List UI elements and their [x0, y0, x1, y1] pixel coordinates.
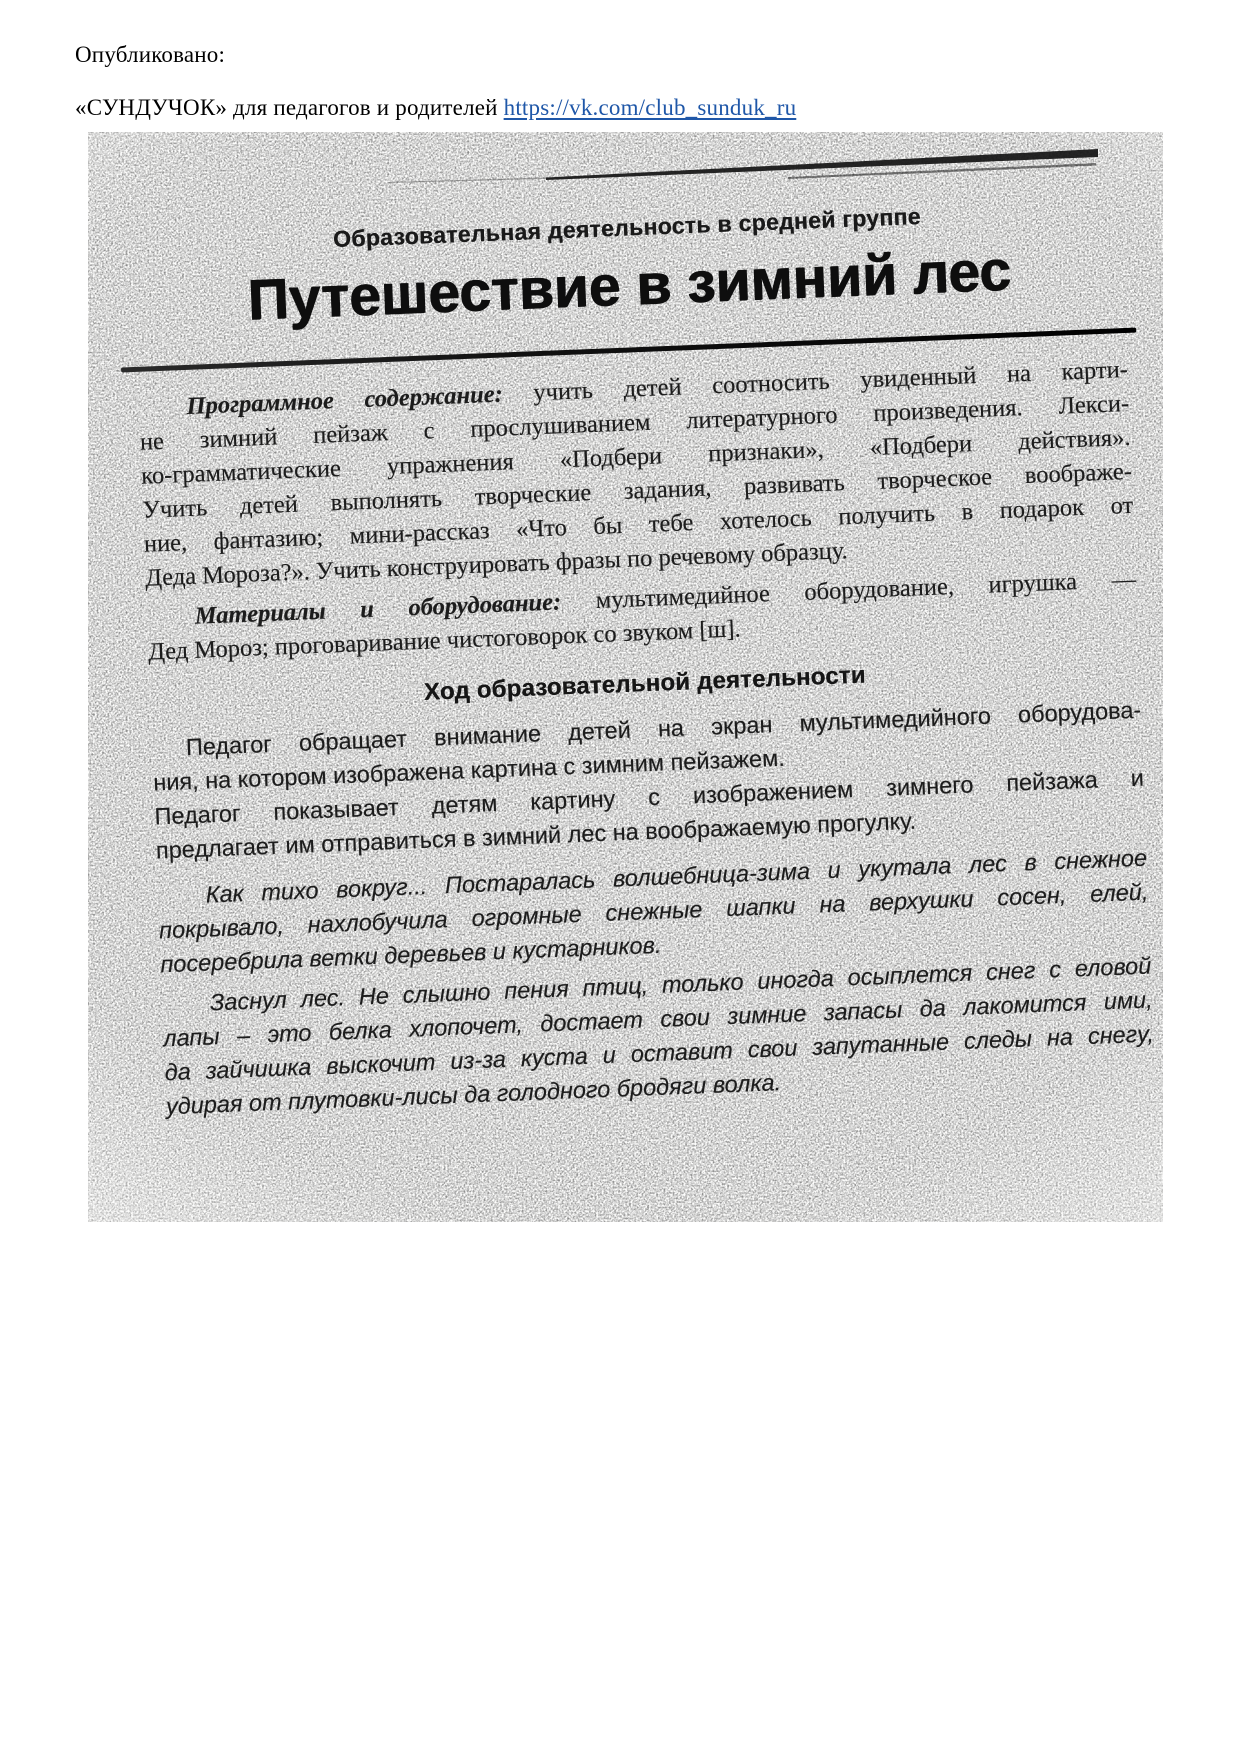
scanned-document: Образовательная деятельность в средней г…	[88, 132, 1163, 1222]
attribution-text: «СУНДУЧОК» для педагогов и родителей	[75, 95, 504, 120]
published-label: Опубликовано:	[75, 42, 225, 68]
source-link[interactable]: https://vk.com/club_sunduk_ru	[504, 95, 797, 120]
scan-content: Образовательная деятельность в средней г…	[130, 151, 1156, 1123]
activity-paragraph: Педагог обращает внимание детей на экран…	[151, 693, 1146, 868]
attribution-line: «СУНДУЧОК» для педагогов и родителей htt…	[75, 95, 796, 121]
program-content-paragraph: Программное содержание: учить детей соот…	[138, 353, 1135, 596]
